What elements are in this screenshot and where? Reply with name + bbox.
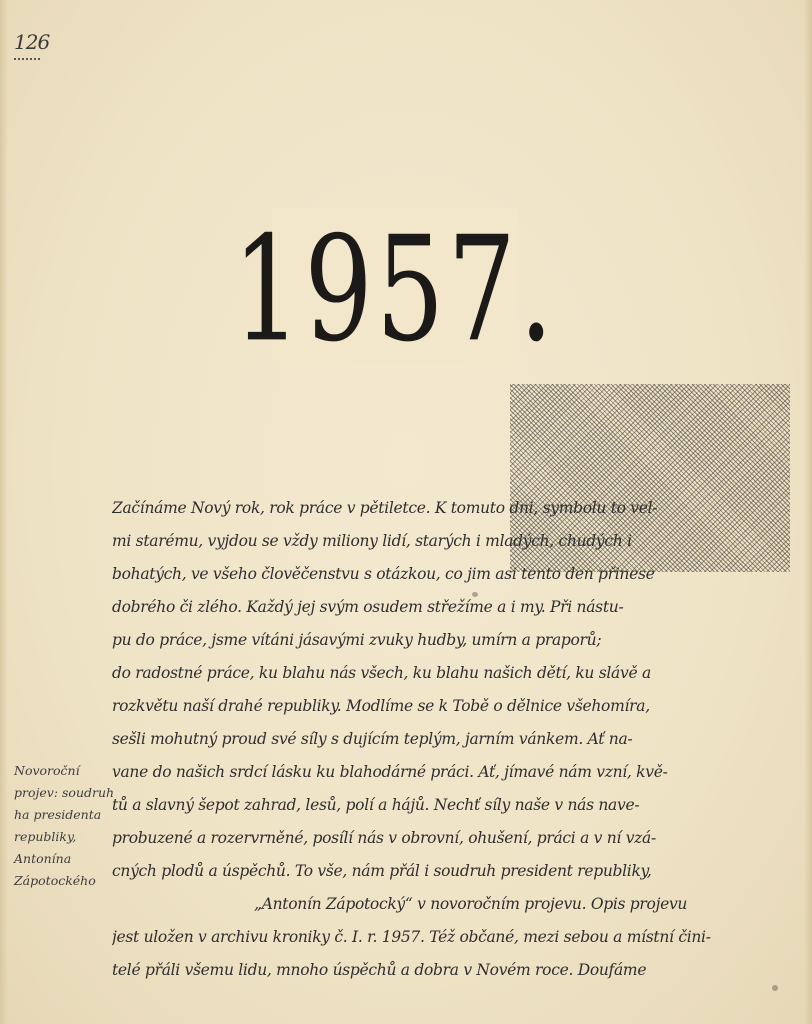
text-line: probuzené a rozervrněné, posílí nás v ob… xyxy=(112,822,712,855)
manuscript-page: 126 1957. Začínáme Nový rok, rok práce v… xyxy=(0,0,812,1024)
text-line: Začínáme Nový rok, rok práce v pětiletce… xyxy=(112,492,712,525)
page-number: 126 xyxy=(14,30,49,54)
text-line: mi starému, vyjdou se vždy miliony lidí,… xyxy=(112,525,712,558)
text-line: bohatých, ve všeho člověčenstvu s otázko… xyxy=(112,558,712,591)
year-heading-frame: 1957. xyxy=(255,192,535,380)
text-line: pu do práce, jsme vítáni jásavými zvuky … xyxy=(112,624,712,657)
text-line: sešli mohutný proud své síly s dujícím t… xyxy=(112,723,712,756)
ink-spot xyxy=(772,985,778,991)
text-line: telé přáli všemu lidu, mnoho úspěchů a d… xyxy=(112,954,712,987)
margin-note-line: Zápotockého xyxy=(14,870,122,892)
margin-note-line: Novoroční xyxy=(14,760,122,782)
year-heading-inner: 1957. xyxy=(272,209,518,363)
text-line: do radostné práce, ku blahu nás všech, k… xyxy=(112,657,712,690)
text-line: vane do našich srdcí lásku ku blahodárné… xyxy=(112,756,712,789)
margin-note-line: republiky, xyxy=(14,826,122,848)
margin-note-line: projev: soudruh xyxy=(14,782,122,804)
year-heading: 1957. xyxy=(233,218,557,363)
page-number-underline xyxy=(14,55,40,60)
text-line: dobrého či zlého. Každý jej svým osudem … xyxy=(112,591,712,624)
text-line: tů a slavný šepot zahrad, lesů, polí a h… xyxy=(112,789,712,822)
chronicle-body-text: Začínáme Nový rok, rok práce v pětiletce… xyxy=(112,492,712,987)
text-line: jest uložen v archivu kroniky č. I. r. 1… xyxy=(112,921,712,954)
text-line-quote: „Antonín Zápotocký“ v novoročním projevu… xyxy=(112,888,712,921)
ink-spot xyxy=(472,592,478,597)
margin-note-line: Antonína xyxy=(14,848,122,870)
page-right-edge xyxy=(804,0,812,1024)
text-line: rozkvětu naší drahé republiky. Modlíme s… xyxy=(112,690,712,723)
page-left-edge xyxy=(0,0,8,1024)
text-line: cných plodů a úspěchů. To vše, nám přál … xyxy=(112,855,712,888)
margin-note-line: ha presidenta xyxy=(14,804,122,826)
margin-note: Novoroční projev: soudruh ha presidenta … xyxy=(14,760,122,892)
